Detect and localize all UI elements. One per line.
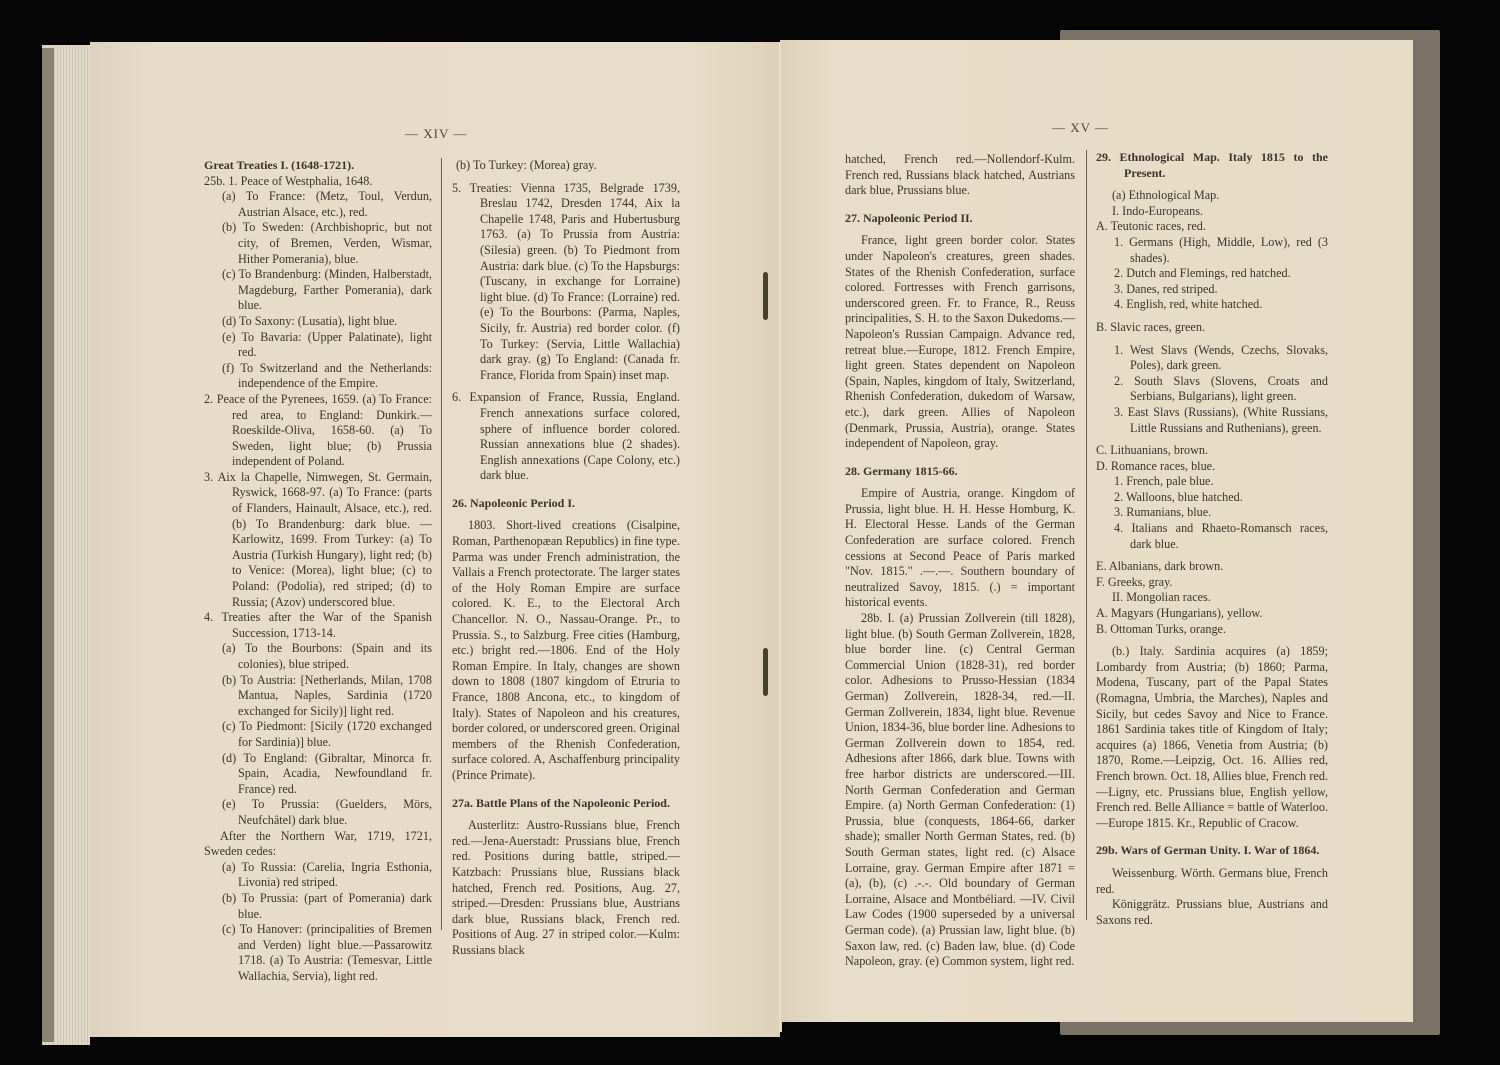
list-item: A. Magyars (Hungarians), yellow. xyxy=(1096,606,1328,622)
list-item: 1. Germans (High, Middle, Low), red (3 s… xyxy=(1096,235,1328,266)
list-item: (c) To Brandenburg: (Minden, Halberstadt… xyxy=(204,267,432,314)
page-number-left: — XIV — xyxy=(405,126,467,142)
column-divider xyxy=(1086,150,1087,920)
list-item: (c) To Piedmont: [Sicily (1720 exchanged… xyxy=(204,719,432,750)
binding-stitch-icon xyxy=(763,272,768,320)
paragraph: (b.) Italy. Sardinia acquires (a) 1859; … xyxy=(1096,644,1328,831)
list-item: 3. East Slavs (Russians), (White Russian… xyxy=(1096,405,1328,436)
list-item: E. Albanians, dark brown. xyxy=(1096,559,1328,575)
section-heading: 27. Napoleonic Period II. xyxy=(845,211,1075,227)
list-item: 4. English, red, white hatched. xyxy=(1096,297,1328,313)
list-item: (b) To Turkey: (Morea) gray. xyxy=(452,158,680,174)
list-item: (a) To Russia: (Carelia, Ingria Esthonia… xyxy=(204,860,432,891)
section-heading: Great Treaties I. (1648-1721). xyxy=(204,158,432,174)
paragraph: 1803. Short-lived creations (Cisalpine, … xyxy=(452,518,680,783)
list-item: (a) To the Bourbons: (Spain and its colo… xyxy=(204,641,432,672)
section-heading: 28. Germany 1815-66. xyxy=(845,464,1075,480)
column-divider xyxy=(441,158,442,930)
paragraph: After the Northern War, 1719, 1721, Swed… xyxy=(204,829,432,860)
list-item: (d) To Saxony: (Lusatia), light blue. xyxy=(204,314,432,330)
list-item: C. Lithuanians, brown. xyxy=(1096,443,1328,459)
list-item: 4. Italians and Rhaeto-Romansch races, d… xyxy=(1096,521,1328,552)
list-item: (f) To Switzerland and the Netherlands: … xyxy=(204,361,432,392)
list-item: (e) To Prussia: (Guelders, Mörs, Neufchâ… xyxy=(204,797,432,828)
list-item: 1. French, pale blue. xyxy=(1096,474,1328,490)
paragraph: Königgrätz. Prussians blue, Austrians an… xyxy=(1096,897,1328,928)
list-item: 2. South Slavs (Slovens, Croats and Serb… xyxy=(1096,374,1328,405)
list-item: (b) To Austria: [Netherlands, Milan, 170… xyxy=(204,673,432,720)
list-item: D. Romance races, blue. xyxy=(1096,459,1328,475)
page-number-right: — XV — xyxy=(1052,120,1109,136)
list-item: 2. Dutch and Flemings, red hatched. xyxy=(1096,266,1328,282)
list-item: 3. Rumanians, blue. xyxy=(1096,505,1328,521)
right-column-2: 29. Ethnological Map. Italy 1815 to the … xyxy=(1096,150,1328,928)
list-item: I. Indo-Europeans. xyxy=(1096,204,1328,220)
paragraph: Austerlitz: Austro-Russians blue, French… xyxy=(452,818,680,958)
list-item: (a) Ethnological Map. xyxy=(1096,188,1328,204)
binding-stitch-icon xyxy=(763,648,768,696)
list-item: 1. West Slavs (Wends, Czechs, Slovaks, P… xyxy=(1096,343,1328,374)
list-item: 2. Peace of the Pyrenees, 1659. (a) To F… xyxy=(204,392,432,470)
list-item: (d) To England: (Gibraltar, Minorca fr. … xyxy=(204,751,432,798)
list-item: 3. Aix la Chapelle, Nimwegen, St. Germai… xyxy=(204,470,432,610)
paragraph: Empire of Austria, orange. Kingdom of Pr… xyxy=(845,486,1075,611)
list-item: II. Mongolian races. xyxy=(1096,590,1328,606)
list-item: A. Teutonic races, red. xyxy=(1096,219,1328,235)
list-item: F. Greeks, gray. xyxy=(1096,575,1328,591)
paragraph: hatched, French red.—Nollendorf-Kulm. Fr… xyxy=(845,152,1075,199)
list-item: (e) To Bavaria: (Upper Palatinate), ligh… xyxy=(204,330,432,361)
section-heading: 29b. Wars of German Unity. I. War of 186… xyxy=(1096,843,1328,859)
paragraph: 28b. I. (a) Prussian Zollverein (till 18… xyxy=(845,611,1075,970)
right-column-1: hatched, French red.—Nollendorf-Kulm. Fr… xyxy=(845,152,1075,970)
list-item: (c) To Hanover: (principalities of Breme… xyxy=(204,922,432,984)
list-item: 25b. 1. Peace of Westphalia, 1648. xyxy=(204,174,432,190)
paragraph: Weissenburg. Wörth. Germans blue, French… xyxy=(1096,866,1328,897)
list-item: (b) To Sweden: (Archbishopric, but not c… xyxy=(204,220,432,267)
section-heading: 29. Ethnological Map. Italy 1815 to the … xyxy=(1096,150,1328,181)
list-item: 6. Expansion of France, Russia, England.… xyxy=(452,390,680,484)
list-item: 5. Treaties: Vienna 1735, Belgrade 1739,… xyxy=(452,181,680,384)
list-item: B. Ottoman Turks, orange. xyxy=(1096,622,1328,638)
book-gutter xyxy=(778,42,782,1032)
section-heading: 26. Napoleonic Period I. xyxy=(452,496,680,512)
section-heading: 27a. Battle Plans of the Napoleonic Peri… xyxy=(452,796,680,812)
list-item: 3. Danes, red striped. xyxy=(1096,282,1328,298)
left-column-1: Great Treaties I. (1648-1721). 25b. 1. P… xyxy=(204,158,432,984)
paragraph: France, light green border color. States… xyxy=(845,233,1075,451)
list-item: 2. Walloons, blue hatched. xyxy=(1096,490,1328,506)
list-item: (b) To Prussia: (part of Pomerania) dark… xyxy=(204,891,432,922)
list-item: (a) To France: (Metz, Toul, Verdun, Aust… xyxy=(204,189,432,220)
left-column-2: (b) To Turkey: (Morea) gray. 5. Treaties… xyxy=(452,158,680,959)
list-item: 4. Treaties after the War of the Spanish… xyxy=(204,610,432,641)
list-item: B. Slavic races, green. xyxy=(1096,320,1328,336)
book-cover-left xyxy=(42,48,54,1042)
